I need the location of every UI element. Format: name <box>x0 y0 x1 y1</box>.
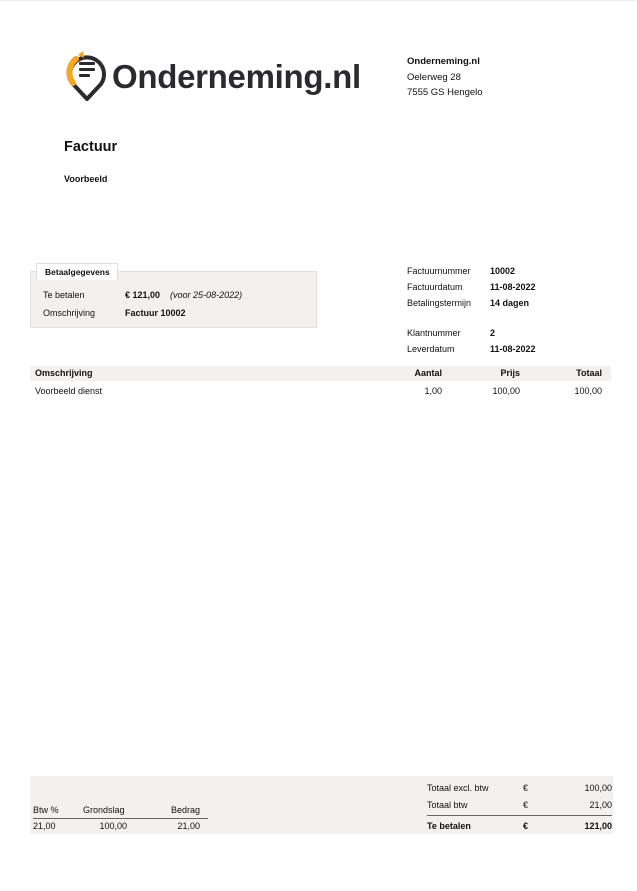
document-title: Factuur <box>64 139 117 155</box>
meta-label: Factuurdatum <box>407 282 490 292</box>
totals-divider <box>427 815 612 816</box>
meta-label: Factuurnummer <box>407 266 490 276</box>
meta-label: Leverdatum <box>407 344 490 354</box>
meta-payment-term: Betalingstermijn 14 dagen <box>407 298 529 308</box>
table-row: Voorbeeld dienst 1,00 100,00 100,00 <box>30 384 611 399</box>
total-value: 21,00 <box>589 800 612 810</box>
header-price: Prijs <box>500 368 520 378</box>
logo-wordmark: Onderneming.nl <box>112 60 361 93</box>
payment-label: Te betalen <box>43 290 125 300</box>
payment-value: € 121,00 <box>125 290 160 300</box>
meta-value: 11-08-2022 <box>490 282 536 292</box>
vat-base: 100,00 <box>99 821 127 831</box>
vat-header-base: Grondslag <box>83 805 125 815</box>
payment-due-note: (voor 25-08-2022) <box>170 290 242 300</box>
line-description: Voorbeeld dienst <box>35 386 102 396</box>
payment-row-amount: Te betalen € 121,00 (voor 25-08-2022) <box>43 290 242 300</box>
vat-header-amount: Bedrag <box>171 805 200 815</box>
page-top-border <box>0 0 637 1</box>
company-city: 7555 GS Hengelo <box>407 85 483 101</box>
company-street: Oelerweg 28 <box>407 70 483 86</box>
meta-value: 14 dagen <box>490 298 529 308</box>
total-label: Totaal excl. btw <box>427 783 489 793</box>
line-price: 100,00 <box>492 386 520 396</box>
payment-row-description: Omschrijving Factuur 10002 <box>43 308 186 318</box>
meta-value: 2 <box>490 328 495 338</box>
payment-value: Factuur 10002 <box>125 308 186 318</box>
header-total: Totaal <box>576 368 602 378</box>
company-logo: Onderneming.nl <box>64 46 361 106</box>
vat-row: 21,00 100,00 21,00 <box>33 821 208 834</box>
vat-table-header: Btw % Grondslag Bedrag <box>33 805 208 819</box>
meta-invoice-number: Factuurnummer 10002 <box>407 266 515 276</box>
meta-delivery-date: Leverdatum 11-08-2022 <box>407 344 536 354</box>
payment-label: Omschrijving <box>43 308 125 318</box>
meta-invoice-date: Factuurdatum 11-08-2022 <box>407 282 536 292</box>
meta-value: 10002 <box>490 266 515 276</box>
meta-value: 11-08-2022 <box>490 344 536 354</box>
total-currency: € <box>523 783 528 793</box>
document-subtitle: Voorbeeld <box>64 174 107 184</box>
total-value: 121,00 <box>584 821 612 831</box>
line-quantity: 1,00 <box>424 386 442 396</box>
meta-label: Betalingstermijn <box>407 298 490 308</box>
line-total: 100,00 <box>574 386 602 396</box>
meta-label: Klantnummer <box>407 328 490 338</box>
header-quantity: Aantal <box>414 368 442 378</box>
vat-header-rate: Btw % <box>33 805 59 815</box>
vat-amount: 21,00 <box>177 821 200 831</box>
meta-customer-number: Klantnummer 2 <box>407 328 495 338</box>
total-currency: € <box>523 821 528 831</box>
total-label: Te betalen <box>427 821 471 831</box>
vat-rate: 21,00 <box>33 821 56 831</box>
invoice-footer: Btw % Grondslag Bedrag 21,00 100,00 21,0… <box>30 776 613 834</box>
total-value: 100,00 <box>584 783 612 793</box>
document-pin-icon <box>64 47 110 105</box>
lines-table-header: Omschrijving Aantal Prijs Totaal <box>30 366 611 381</box>
company-name: Onderneming.nl <box>407 54 483 70</box>
header-description: Omschrijving <box>35 368 93 378</box>
total-currency: € <box>523 800 528 810</box>
total-label: Totaal btw <box>427 800 468 810</box>
company-address: Onderneming.nl Oelerweg 28 7555 GS Henge… <box>407 54 483 101</box>
payment-details-tab: Betaalgegevens <box>36 263 118 280</box>
